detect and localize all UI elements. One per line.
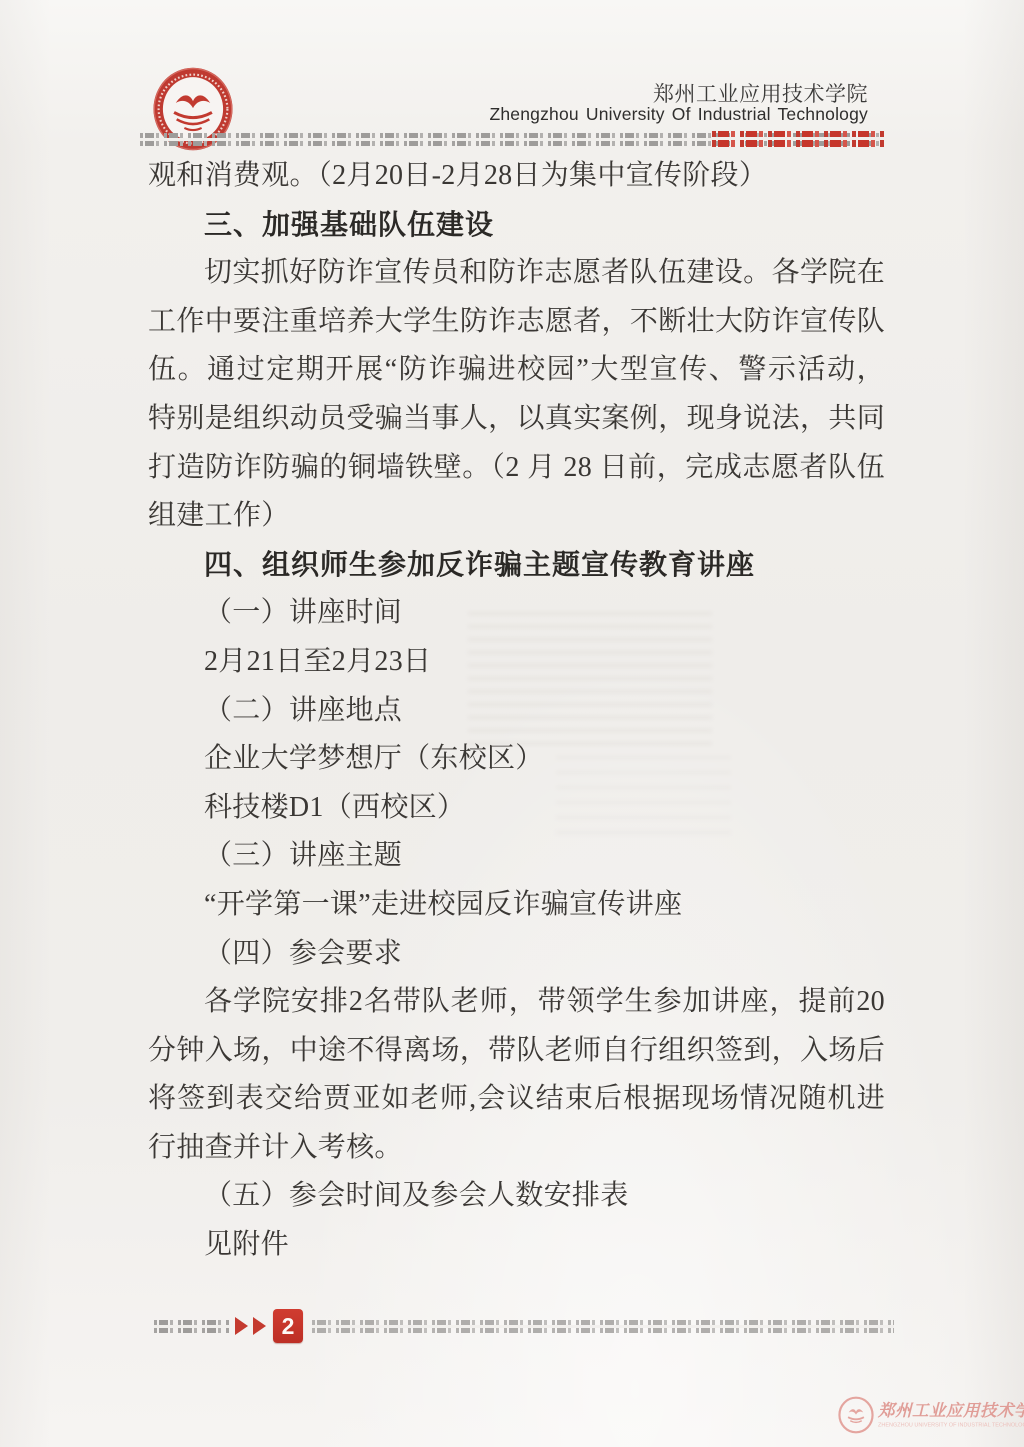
watermark-university-name-en: ZHENGZHOU UNIVERSITY OF INDUSTRIAL TECHN…: [878, 1422, 1024, 1428]
scanned-document-page: 郑州工业应用技术学院 Zhengzhou University Of Indus…: [0, 0, 1024, 1447]
double-right-arrows-icon: [235, 1317, 248, 1335]
text-line: 企业大学梦想厅（东校区）: [148, 735, 885, 784]
text-line: 打造防诈防骗的铜墙铁壁。（2 月 28 日前，完成志愿者队伍: [148, 444, 885, 493]
text-line: （二）讲座地点: [148, 687, 885, 736]
page-number-badge: 2: [273, 1309, 304, 1343]
text-line: 2月21日至2月23日: [148, 638, 885, 687]
text-line: （五）参会时间及参会人数安排表: [148, 1172, 885, 1221]
text-line: 切实抓好防诈宣传员和防诈志愿者队伍建设。各学院在: [148, 249, 885, 298]
header-university-name-en: Zhengzhou University Of Industrial Techn…: [348, 104, 868, 125]
text-line: 组建工作）: [148, 492, 885, 541]
university-seal-icon: [838, 1396, 874, 1434]
page-footer: 2: [154, 1308, 894, 1344]
document-lines: 观和消费观。（2月20日-2月28日为集中宣传阶段）三、加强基础队伍建设切实抓好…: [148, 152, 885, 1270]
text-line: 科技楼D1（西校区）: [148, 784, 885, 833]
text-line: 将签到表交给贾亚如老师,会议结束后根据现场情况随机进: [148, 1075, 885, 1124]
section-heading: 四、组织师生参加反诈骗主题宣传教育讲座: [148, 541, 885, 590]
text-line: 工作中要注重培养大学生防诈志愿者，不断壮大防诈宣传队: [148, 298, 885, 347]
watermark-logo: 郑州工业应用技术学院 ZHENGZHOU UNIVERSITY OF INDUS…: [838, 1396, 1018, 1434]
text-line: （三）讲座主题: [148, 832, 885, 881]
footer-divider-right: [312, 1320, 894, 1333]
text-line: （一）讲座时间: [148, 589, 885, 638]
section-heading: 三、加强基础队伍建设: [148, 201, 885, 250]
double-right-arrows-icon: [253, 1317, 266, 1335]
footer-divider-left: [154, 1320, 230, 1333]
text-line: 特别是组织动员受骗当事人，以真实案例，现身说法，共同: [148, 395, 885, 444]
text-line: “开学第一课”走进校园反诈骗宣传讲座: [148, 881, 885, 930]
text-line: 观和消费观。（2月20日-2月28日为集中宣传阶段）: [148, 152, 885, 201]
text-line: 分钟入场，中途不得离场，带队老师自行组织签到，入场后: [148, 1027, 885, 1076]
text-line: 见附件: [148, 1221, 885, 1270]
text-line: 各学院安排2名带队老师，带领学生参加讲座，提前20: [148, 978, 885, 1027]
watermark-university-name-cn: 郑州工业应用技术学院: [878, 1397, 1024, 1421]
text-line: 行抽查并计入考核。: [148, 1124, 885, 1173]
text-line: 伍。通过定期开展“防诈骗进校园”大型宣传、警示活动，: [148, 346, 885, 395]
text-line: （四）参会要求: [148, 930, 885, 979]
header-divider-red-segment: [712, 131, 884, 147]
